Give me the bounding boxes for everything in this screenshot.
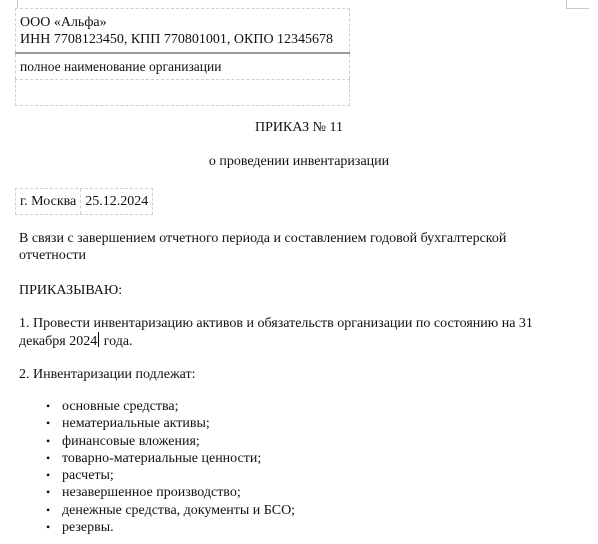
date-cell[interactable]: 25.12.2024: [80, 189, 152, 214]
order-item-1-text: 1. Провести инвентаризацию активов и обя…: [19, 316, 533, 349]
document-title: ПРИКАЗ № 11: [0, 120, 598, 136]
list-item[interactable]: •денежные средства, документы и БСО;: [46, 502, 295, 519]
bullet-icon: •: [46, 450, 50, 467]
organization-name: ООО «Альфа»: [20, 14, 345, 31]
bullet-icon: •: [46, 467, 50, 484]
list-item[interactable]: •финансовые вложения;: [46, 433, 295, 450]
document-subtitle: о проведении инвентаризации: [0, 154, 598, 170]
inventory-list: •основные средства; •нематериальные акти…: [46, 398, 295, 536]
order-item-2[interactable]: 2. Инвентаризации подлежат:: [19, 366, 559, 383]
order-word[interactable]: ПРИКАЗЫВАЮ:: [19, 282, 559, 299]
bullet-icon: •: [46, 519, 50, 536]
bullet-icon: •: [46, 433, 50, 450]
intro-paragraph[interactable]: В связи с завершением отчетного периода …: [19, 230, 559, 264]
bullet-icon: •: [46, 415, 50, 432]
page-corner-mark-left: [17, 0, 18, 8]
page-corner-mark-right: [566, 0, 589, 9]
bullet-icon: •: [46, 502, 50, 519]
list-item[interactable]: •основные средства;: [46, 398, 295, 415]
list-item[interactable]: •незавершенное производство;: [46, 484, 295, 501]
bullet-icon: •: [46, 398, 50, 415]
order-item-1-text-end: года.: [100, 334, 132, 349]
organization-blank-cell[interactable]: [16, 80, 350, 106]
order-item-1[interactable]: 1. Провести инвентаризацию активов и обя…: [19, 315, 559, 350]
organization-codes: ИНН 7708123450, КПП 770801001, ОКПО 1234…: [20, 31, 345, 48]
bullet-icon: •: [46, 484, 50, 501]
organization-name-cell[interactable]: ООО «Альфа» ИНН 7708123450, КПП 77080100…: [16, 9, 350, 54]
organization-table: ООО «Альфа» ИНН 7708123450, КПП 77080100…: [15, 8, 350, 106]
list-item[interactable]: •нематериальные активы;: [46, 415, 295, 432]
list-item[interactable]: •расчеты;: [46, 467, 295, 484]
city-cell[interactable]: г. Москва: [16, 189, 80, 214]
list-item[interactable]: •резервы.: [46, 519, 295, 536]
organization-caption[interactable]: полное наименование организации: [16, 53, 350, 80]
place-date-table: г. Москва 25.12.2024: [15, 188, 153, 215]
list-item[interactable]: •товарно-материальные ценности;: [46, 450, 295, 467]
